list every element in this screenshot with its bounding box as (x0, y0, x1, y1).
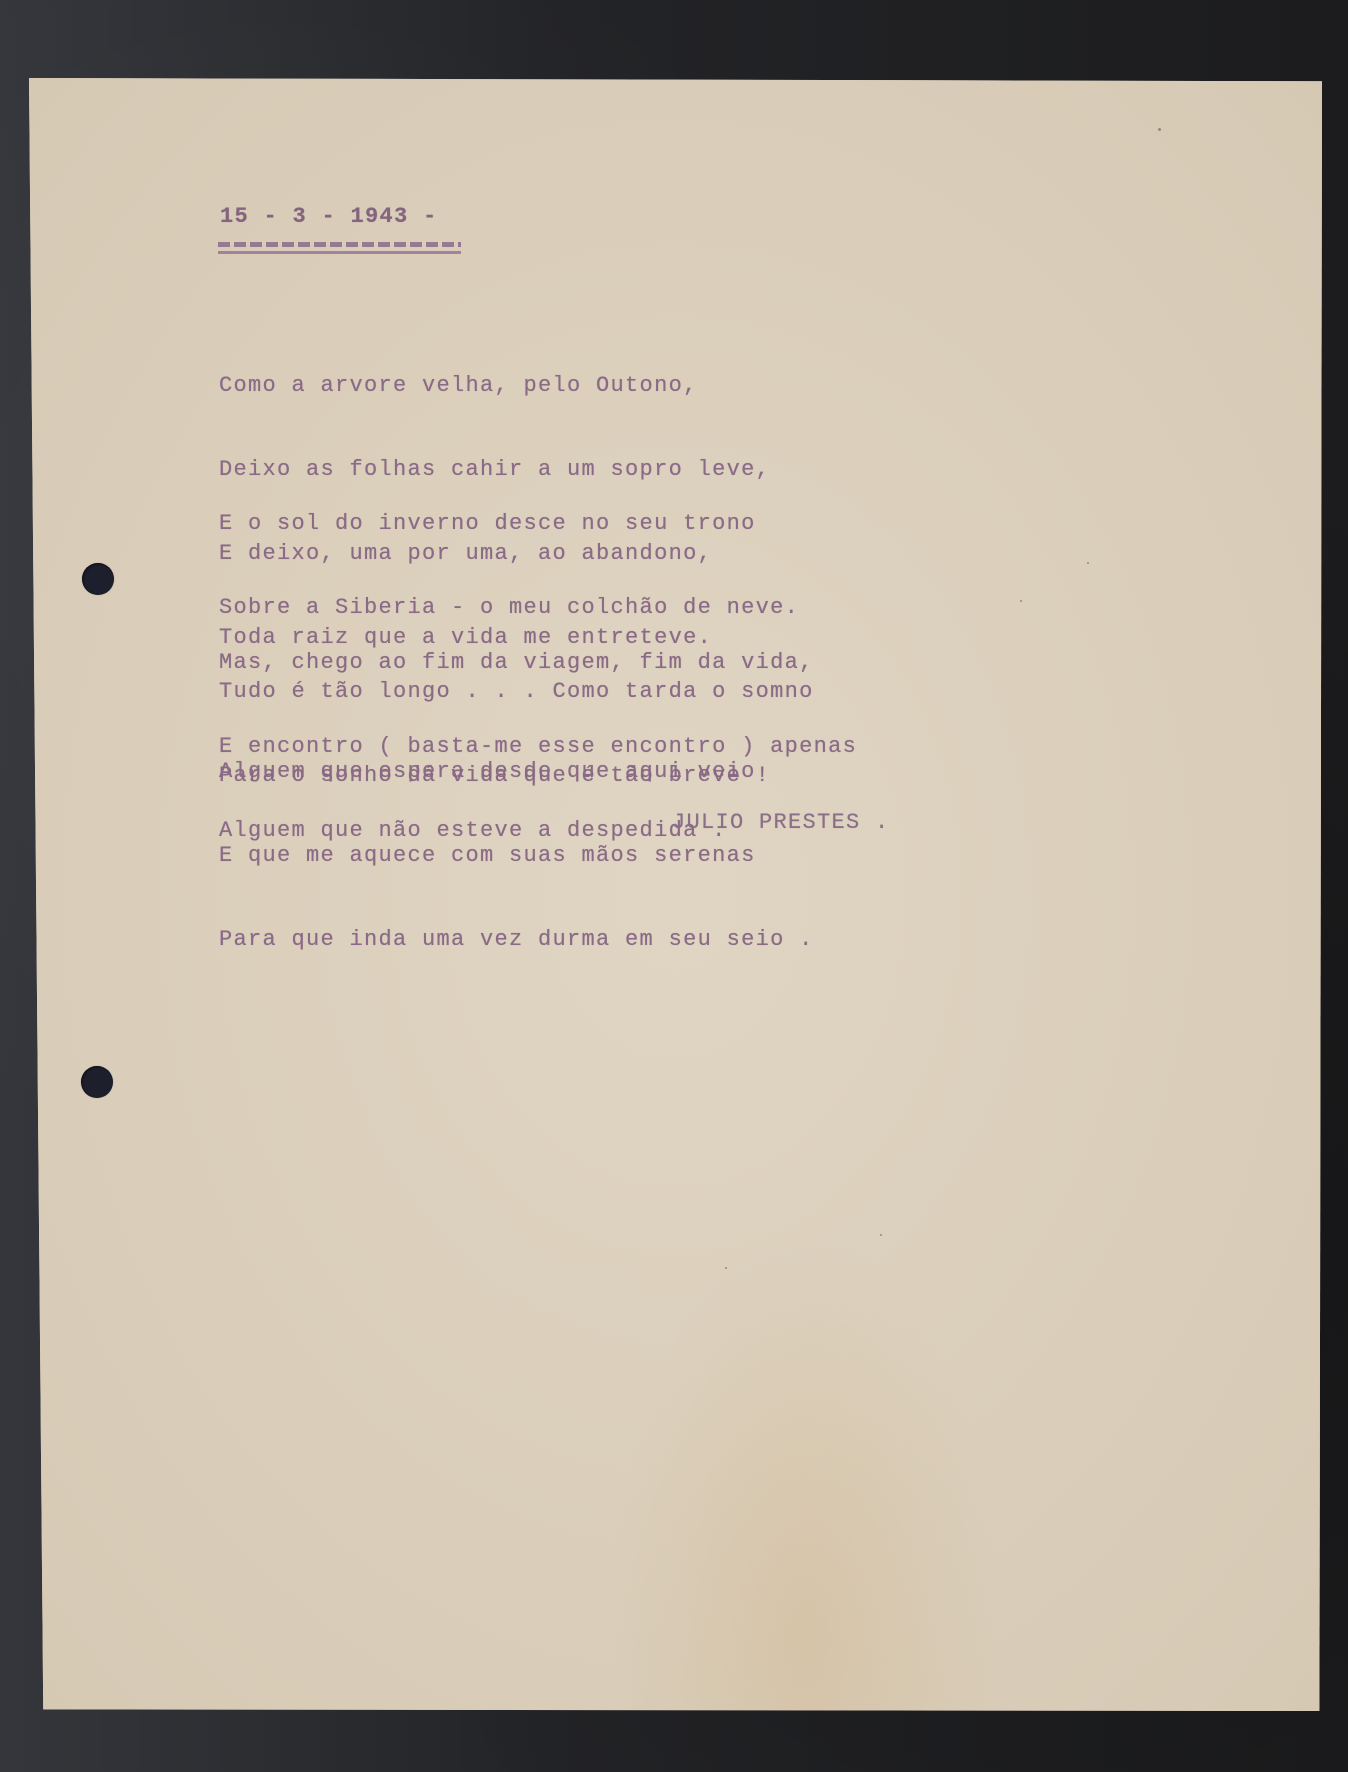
dashed-underline (218, 242, 461, 247)
stanza-4: Alguem que espera desde que aqui veio E … (219, 702, 814, 982)
author-signature: JULIO PRESTES . (672, 810, 890, 835)
poem-line: Para que inda uma vez durma em seu seio … (219, 926, 814, 954)
punch-hole-top (82, 563, 114, 595)
poem-line: Como a arvore velha, pelo Outono, (219, 372, 770, 400)
solid-underline (218, 251, 461, 254)
poem-line: Mas, chego ao fim da viagem, fim da vida… (219, 649, 857, 677)
date-heading: 15 - 3 - 1943 - (220, 204, 438, 229)
poem-line: E que me aquece com suas mãos serenas (219, 842, 814, 870)
punch-hole-bottom (81, 1066, 113, 1098)
poem-line: Alguem que espera desde que aqui veio (219, 758, 814, 786)
date-underline (218, 242, 461, 256)
poem-line: E o sol do inverno desce no seu trono (219, 510, 814, 538)
